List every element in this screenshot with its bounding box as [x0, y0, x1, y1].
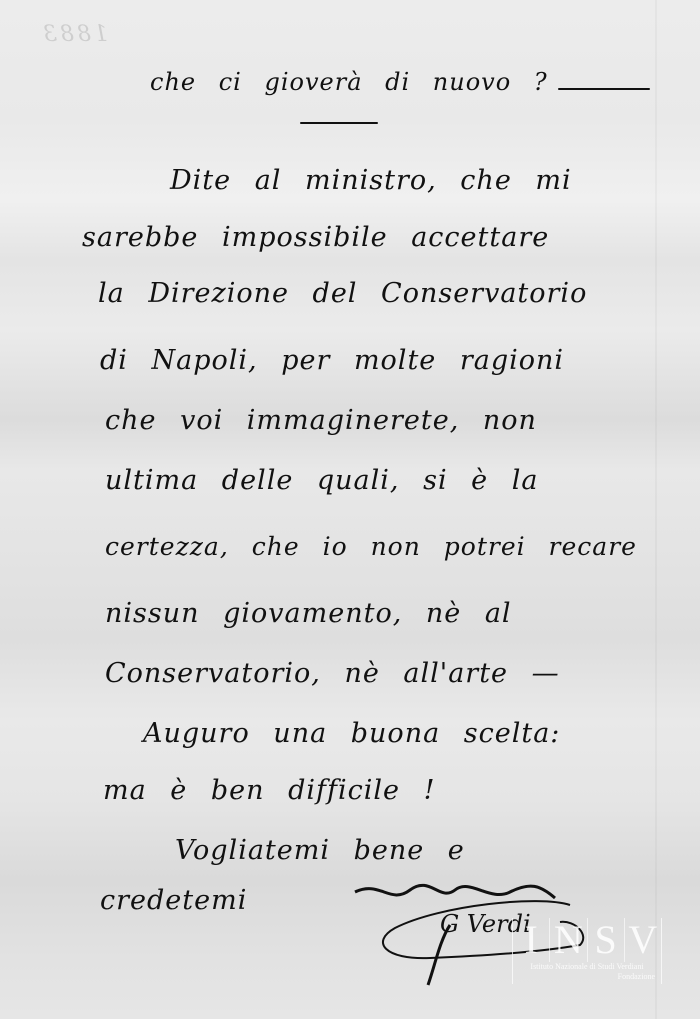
- watermark-subtitle: Fondazione: [513, 972, 661, 982]
- watermark-letters: I N S V: [513, 918, 661, 962]
- letter-line-6: che voi immaginerete, non: [105, 405, 537, 436]
- watermark-letter: V: [625, 918, 661, 962]
- insv-watermark-logo: I N S V Istituto Nazionale di Studi Verd…: [512, 918, 662, 984]
- watermark-letter: I: [513, 918, 550, 962]
- letter-line-13: Vogliatemi bene e: [175, 835, 465, 866]
- letter-page: 1883 che ci gioverà di nuovo ? Dite al m…: [0, 0, 700, 1019]
- archive-number: 1883: [40, 22, 108, 47]
- watermark-institute-name: Istituto Nazionale di Studi Verdiani: [513, 962, 661, 972]
- letter-line-10: Conservatorio, nè all'arte —: [105, 658, 560, 689]
- letter-line-12: ma è ben difficile !: [103, 775, 435, 806]
- watermark-letter: N: [550, 918, 587, 962]
- letter-line-1: che ci gioverà di nuovo ?: [150, 68, 548, 96]
- paper-fold: [655, 0, 657, 1019]
- letter-line-2: Dite al ministro, che mi: [170, 165, 572, 196]
- line-dash: [558, 88, 650, 90]
- letter-line-8: certezza, che io non potrei recare: [105, 532, 637, 561]
- letter-line-14: credetemi: [100, 885, 247, 916]
- separator-dash: [300, 122, 378, 124]
- letter-line-3: sarebbe impossibile accettare: [82, 222, 549, 253]
- letter-line-4: la Direzione del Conservatorio: [98, 278, 587, 309]
- letter-line-9: nissun giovamento, nè al: [105, 598, 512, 629]
- watermark-letter: S: [588, 918, 625, 962]
- letter-line-11: Auguro una buona scelta:: [143, 718, 560, 749]
- letter-line-5: di Napoli, per molte ragioni: [100, 345, 564, 376]
- letter-line-7: ultima delle quali, si è la: [105, 465, 538, 496]
